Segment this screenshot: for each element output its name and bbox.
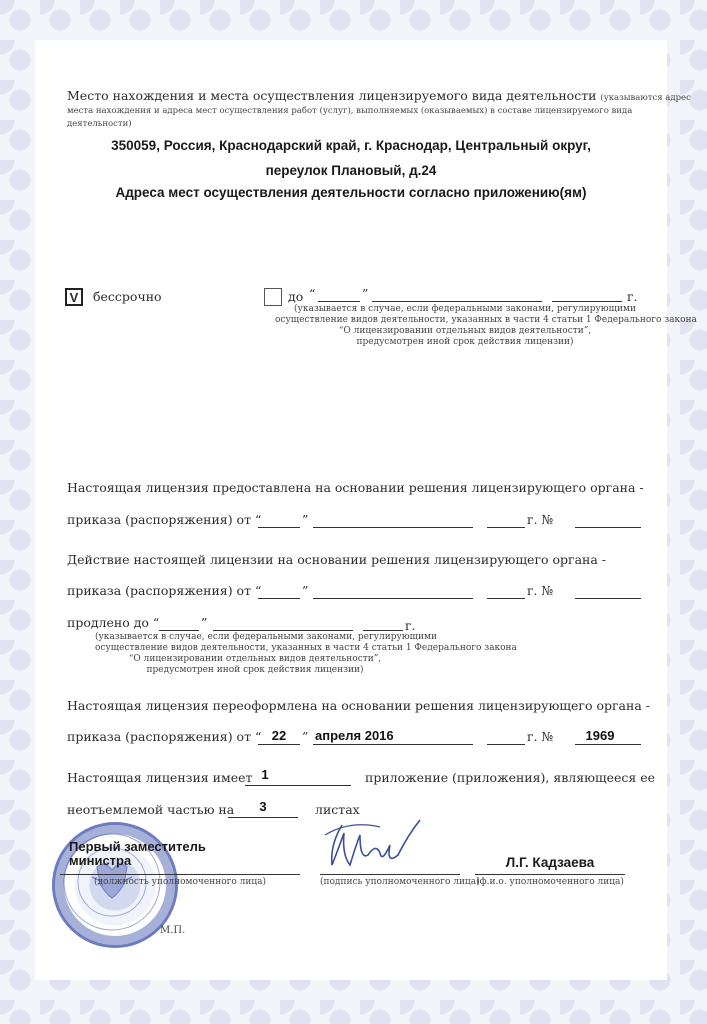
granted-year-field[interactable] <box>487 527 525 528</box>
reissued-year-field[interactable] <box>487 744 525 745</box>
extended-note-3: “О лицензировании отдельных видов деятел… <box>95 654 415 664</box>
address-line-1: 350059, Россия, Краснодарский край, г. К… <box>35 138 667 153</box>
prolonged-quote-close: ” <box>201 615 207 630</box>
prolonged-label: продлено до “ <box>67 615 159 630</box>
signature-caption: (подпись уполномоченного лица) <box>320 877 460 887</box>
signatory-position-line-2: министра <box>69 854 206 868</box>
reissued-line-1: Настоящая лицензия переоформлена на осно… <box>67 698 650 713</box>
reissued-month-year-value: апреля 2016 <box>313 728 425 743</box>
name-caption: (ф.и.о. уполномоченного лица) <box>475 877 625 887</box>
handwritten-signature <box>320 815 440 875</box>
signature-line <box>320 874 460 875</box>
appendix-line-1-suffix: приложение (приложения), являющееся ее <box>365 770 655 785</box>
extended-note-2: осуществление видов деятельности, указан… <box>95 643 415 653</box>
reissued-year-suffix: г. № <box>527 729 553 744</box>
term-note-2: осуществление видов деятельности, указан… <box>275 315 655 325</box>
granted-quote-close: ” <box>302 512 308 527</box>
appendix-line-2-prefix: неотъемлемой частью на <box>67 802 234 817</box>
extended-quote-close: ” <box>302 583 308 598</box>
position-caption: (должность уполномоченного лица) <box>60 877 300 887</box>
prolonged-year-suffix: г. <box>405 618 416 633</box>
year-suffix: г. <box>627 289 638 304</box>
extended-line-2: приказа (распоряжения) от “ <box>67 583 261 598</box>
extended-number-field[interactable] <box>575 598 641 599</box>
until-label: до <box>288 289 303 304</box>
signatory-name: Л.Г. Кадзаева <box>475 855 625 870</box>
until-year-field[interactable] <box>552 301 622 302</box>
until-month-field[interactable] <box>372 301 542 302</box>
indefinite-checkbox[interactable]: V <box>65 288 83 306</box>
reissued-number-value: 1969 <box>575 728 625 743</box>
granted-line-2: приказа (распоряжения) от “ <box>67 512 261 527</box>
appendix-count-field[interactable] <box>245 785 351 786</box>
granted-year-suffix: г. № <box>527 512 553 527</box>
close-quote: ” <box>362 286 368 301</box>
granted-line-1: Настоящая лицензия предоставлена на осно… <box>67 480 644 495</box>
indefinite-label: бессрочно <box>93 289 162 304</box>
seal-label: М.П. <box>160 925 185 936</box>
reissued-day-value: 22 <box>258 728 300 743</box>
open-quote: “ <box>309 286 315 301</box>
term-note-4: предусмотрен иной срок действия лицензии… <box>275 337 655 347</box>
location-heading: Место нахождения и места осуществления л… <box>67 88 691 103</box>
reissued-number-field[interactable] <box>575 744 641 745</box>
location-heading-note-2: места нахождения и адреса мест осуществл… <box>67 106 632 116</box>
prolonged-day-field[interactable] <box>159 630 199 631</box>
prolonged-month-field[interactable] <box>213 630 353 631</box>
appendix-sheets-field[interactable] <box>228 817 298 818</box>
term-note-1: (указывается в случае, если федеральными… <box>275 304 655 314</box>
prolonged-year-field[interactable] <box>363 630 403 631</box>
extended-line-1: Действие настоящей лицензии на основании… <box>67 552 606 567</box>
appendix-count-value: 1 <box>245 767 285 782</box>
appendix-sheets-value: 3 <box>228 799 298 814</box>
term-note-3: “О лицензировании отдельных видов деятел… <box>275 326 655 336</box>
location-heading-note: (указываются адрес <box>600 93 690 103</box>
extended-month-year-field[interactable] <box>313 598 473 599</box>
address-line-3: Адреса мест осуществления деятельности с… <box>35 185 667 200</box>
location-heading-text: Место нахождения и места осуществления л… <box>67 88 596 103</box>
reissued-line-2: приказа (распоряжения) от “ <box>67 729 261 744</box>
reissued-day-field[interactable] <box>258 744 300 745</box>
check-mark-icon: V <box>67 290 81 305</box>
appendix-line-1-prefix: Настоящая лицензия имеет <box>67 770 252 785</box>
name-line <box>475 874 625 875</box>
signatory-position-line-1: Первый заместитель <box>69 840 206 854</box>
license-sheet: Место нахождения и места осуществления л… <box>35 40 667 980</box>
signatory-position: Первый заместитель министра <box>69 840 206 868</box>
granted-number-field[interactable] <box>575 527 641 528</box>
reissued-month-year-field[interactable] <box>313 744 473 745</box>
reissued-quote-close: ” <box>302 729 308 744</box>
extended-note-1: (указывается в случае, если федеральными… <box>95 632 415 642</box>
position-line <box>60 874 300 875</box>
location-heading-note-3: деятельности) <box>67 119 132 129</box>
extended-year-field[interactable] <box>487 598 525 599</box>
address-line-2: переулок Плановый, д.24 <box>35 163 667 178</box>
extended-year-suffix: г. № <box>527 583 553 598</box>
extended-day-field[interactable] <box>258 598 300 599</box>
until-day-field[interactable] <box>318 301 360 302</box>
extended-note-4: предусмотрен иной срок действия лицензии… <box>95 665 415 675</box>
granted-day-field[interactable] <box>258 527 300 528</box>
granted-month-year-field[interactable] <box>313 527 473 528</box>
